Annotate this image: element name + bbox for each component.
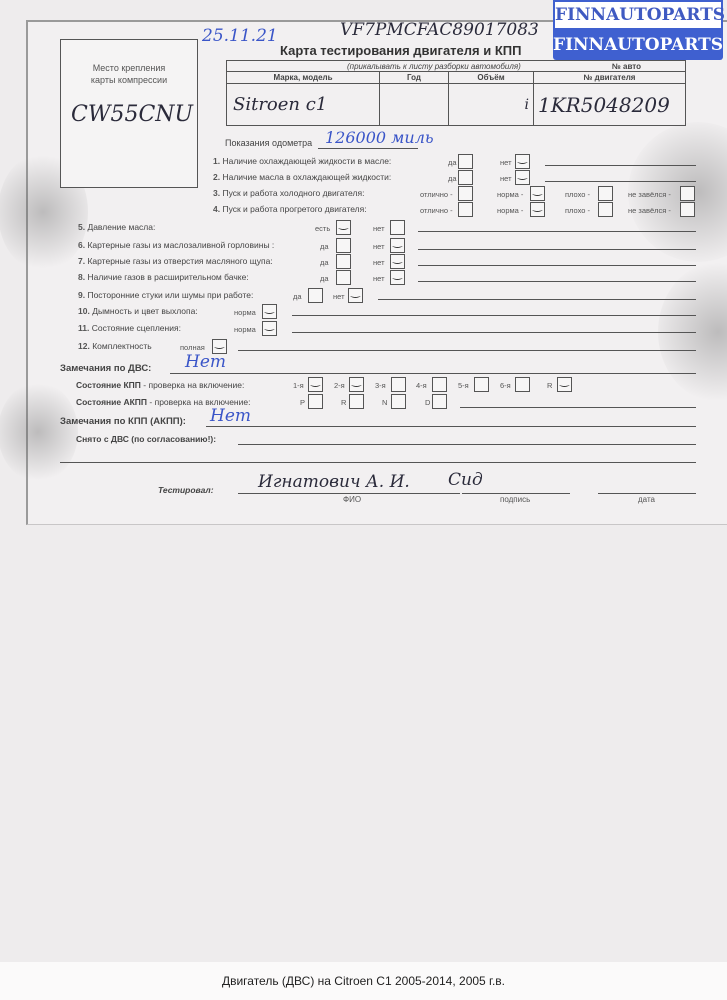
question-12-notes-line [238, 350, 696, 351]
question-11-notes-line [292, 332, 696, 333]
kpp-gear-checkbox[interactable] [391, 377, 406, 392]
kpp-gear-checkbox[interactable] [557, 377, 572, 392]
question-4-checkbox[interactable] [530, 202, 545, 217]
col-year: Год [380, 72, 449, 84]
question-6-notes-line [418, 249, 696, 250]
kpp-gear-checkbox[interactable] [308, 377, 323, 392]
akpp-gear-label: N [382, 398, 387, 407]
akpp-gear-checkbox[interactable] [349, 394, 364, 409]
handwritten-vin: VF7PMCFAC89017083 [340, 20, 539, 40]
odometer-label: Показания одометра [225, 138, 312, 148]
question-1-label: 1. Наличие охлаждающей жидкости в масле: [213, 156, 391, 166]
kpp-gear-label: 2-я [334, 381, 345, 390]
question-9-option-label: нет [333, 292, 345, 301]
volume-mark: i [525, 97, 529, 113]
make-model-cell: Sitroen c1 [227, 84, 380, 126]
question-3-option-label: плохо - [565, 190, 590, 199]
logo-line-1: FINNAUTOPARTS [553, 0, 723, 30]
question-11-label: 11. Состояние сцепления: [78, 323, 181, 333]
question-4-option-label: отлично - [420, 206, 453, 215]
kpp-gear-label: 6-я [500, 381, 511, 390]
question-5-label: 5. Давление масла: [78, 222, 155, 232]
caption-date: дата [638, 495, 655, 504]
kpp-gear-label: 1-я [293, 381, 304, 390]
kpp-gear-checkbox[interactable] [349, 377, 364, 392]
question-2-label: 2. Наличие масла в охлаждающей жидкости: [213, 172, 391, 182]
odometer-line [318, 148, 418, 149]
kpp-state-label: Состояние КПП - проверка на включение: [76, 380, 244, 390]
question-6-checkbox[interactable] [336, 238, 351, 253]
handwritten-odometer: 126000 миль [325, 128, 434, 147]
question-1-checkbox[interactable] [458, 154, 473, 169]
question-4-label: 4. Пуск и работа прогретого двигателя: [213, 204, 367, 214]
question-7-label: 7. Картерные газы из отверстия масляного… [78, 256, 273, 266]
signature-line [462, 493, 570, 494]
compression-card-box: Место крепления карты компрессии CW55CNU [60, 39, 198, 188]
question-11-option-label: норма [234, 325, 256, 334]
form-title: Карта тестирования двигателя и КПП [280, 43, 521, 58]
question-7-checkbox[interactable] [336, 254, 351, 269]
question-2-checkbox[interactable] [515, 170, 530, 185]
extra-line [60, 462, 696, 463]
kpp-gear-label: R [547, 381, 552, 390]
question-8-notes-line [418, 281, 696, 282]
handwritten-tester-name: Игнатович А. И. [258, 472, 410, 492]
kpp-remarks-line [206, 426, 696, 427]
compression-box-label: Место крепления карты компрессии [61, 62, 197, 86]
question-6-label: 6. Картерные газы из маслозаливной горло… [78, 240, 274, 250]
logo-line-2: FINNAUTOPARTS [553, 30, 723, 60]
question-9-checkbox[interactable] [348, 288, 363, 303]
question-4-option-label: плохо - [565, 206, 590, 215]
question-3-label: 3. Пуск и работа холодного двигателя: [213, 188, 364, 198]
question-8-label: 8. Наличие газов в расширительном бачке: [78, 272, 249, 282]
date-line [598, 493, 696, 494]
question-3-checkbox[interactable] [598, 186, 613, 201]
handwritten-signature: Сид [448, 470, 483, 490]
question-5-option-label: есть [315, 224, 330, 233]
image-caption: Двигатель (ДВС) на Citroen C1 2005-2014,… [0, 962, 727, 1000]
question-9-option-label: да [293, 292, 302, 301]
question-9-notes-line [378, 299, 696, 300]
question-8-checkbox[interactable] [390, 270, 405, 285]
question-4-checkbox[interactable] [680, 202, 695, 217]
question-4-option-label: не завёлся - [628, 206, 671, 215]
question-10-option-label: норма [234, 308, 256, 317]
handwritten-date-code: 25.11.21 [202, 26, 278, 46]
question-2-option-label: да [448, 174, 457, 183]
akpp-gear-checkbox[interactable] [308, 394, 323, 409]
akpp-line [460, 407, 696, 408]
akpp-gear-label: P [300, 398, 305, 407]
question-3-option-label: отлично - [420, 190, 453, 199]
removed-from-dvs-label: Снято с ДВС (по согласованию!): [76, 434, 216, 444]
col-volume: Объём [449, 72, 534, 84]
question-7-option-label: да [320, 258, 329, 267]
question-7-notes-line [418, 265, 696, 266]
question-12-option-label: полная [180, 343, 205, 352]
question-1-notes-line [545, 165, 696, 166]
question-2-option-label: нет [500, 174, 512, 183]
kpp-gear-checkbox[interactable] [432, 377, 447, 392]
question-6-option-label: нет [373, 242, 385, 251]
akpp-gear-label: R [341, 398, 346, 407]
question-5-option-label: нет [373, 224, 385, 233]
question-9-checkbox[interactable] [308, 288, 323, 303]
auto-no-label: № авто [612, 62, 685, 71]
engine-no-cell: 1KR5048209 [534, 84, 686, 126]
question-7-option-label: нет [373, 258, 385, 267]
kpp-gear-checkbox[interactable] [474, 377, 489, 392]
volume-cell: i [449, 84, 534, 126]
question-10-label: 10. Дымность и цвет выхлопа: [78, 306, 198, 316]
finnautoparts-logo: FINNAUTOPARTS FINNAUTOPARTS [553, 0, 723, 60]
kpp-remarks-label: Замечания по КПП (АКПП): [60, 416, 186, 427]
caption-signature: подпись [500, 495, 530, 504]
caption-fio: ФИО [343, 495, 361, 504]
handwritten-make-model: Sitroen c1 [233, 94, 327, 115]
col-make-model: Марка, модель [227, 72, 380, 84]
handwritten-kpp-remarks: Нет [210, 406, 251, 426]
dvs-remarks-line [170, 373, 696, 374]
question-8-checkbox[interactable] [336, 270, 351, 285]
akpp-gear-label: D [425, 398, 430, 407]
kpp-gear-label: 4-я [416, 381, 427, 390]
question-11-checkbox[interactable] [262, 321, 277, 336]
question-5-checkbox[interactable] [336, 220, 351, 235]
removed-line [238, 444, 696, 445]
attach-hint-text: (прикалывать к листу разборки автомобиля… [347, 62, 521, 71]
name-line [238, 493, 460, 494]
question-3-checkbox[interactable] [680, 186, 695, 201]
question-3-option-label: не завёлся - [628, 190, 671, 199]
kpp-gear-label: 5-я [458, 381, 469, 390]
question-12-label: 12. Комплектность [78, 341, 152, 351]
question-8-option-label: да [320, 274, 329, 283]
handwritten-compression-code: CW55CNU [71, 102, 193, 127]
question-2-notes-line [545, 181, 696, 182]
fingerprint-smudge [0, 382, 78, 482]
vehicle-info-table: (прикалывать к листу разборки автомобиля… [226, 60, 686, 126]
question-10-notes-line [292, 315, 696, 316]
dvs-remarks-label: Замечания по ДВС: [60, 363, 151, 374]
question-3-checkbox[interactable] [458, 186, 473, 201]
question-5-checkbox[interactable] [390, 220, 405, 235]
question-9-label: 9. Посторонние стуки или шумы при работе… [78, 290, 253, 300]
question-3-option-label: норма - [497, 190, 523, 199]
tested-by-label: Тестировал: [158, 485, 214, 495]
question-10-checkbox[interactable] [262, 304, 277, 319]
kpp-gear-label: 3-я [375, 381, 386, 390]
akpp-gear-checkbox[interactable] [432, 394, 447, 409]
question-1-option-label: да [448, 158, 457, 167]
attach-hint: (прикалывать к листу разборки автомобиля… [227, 61, 686, 72]
question-4-checkbox[interactable] [458, 202, 473, 217]
question-4-checkbox[interactable] [598, 202, 613, 217]
akpp-gear-checkbox[interactable] [391, 394, 406, 409]
handwritten-dvs-remarks: Нет [185, 352, 226, 372]
question-6-option-label: да [320, 242, 329, 251]
question-1-option-label: нет [500, 158, 512, 167]
kpp-gear-checkbox[interactable] [515, 377, 530, 392]
year-cell [380, 84, 449, 126]
question-8-option-label: нет [373, 274, 385, 283]
col-engine-no: № двигателя [534, 72, 686, 84]
question-4-option-label: норма - [497, 206, 523, 215]
question-5-notes-line [418, 231, 696, 232]
handwritten-engine-number: 1KR5048209 [538, 93, 670, 117]
question-2-checkbox[interactable] [458, 170, 473, 185]
